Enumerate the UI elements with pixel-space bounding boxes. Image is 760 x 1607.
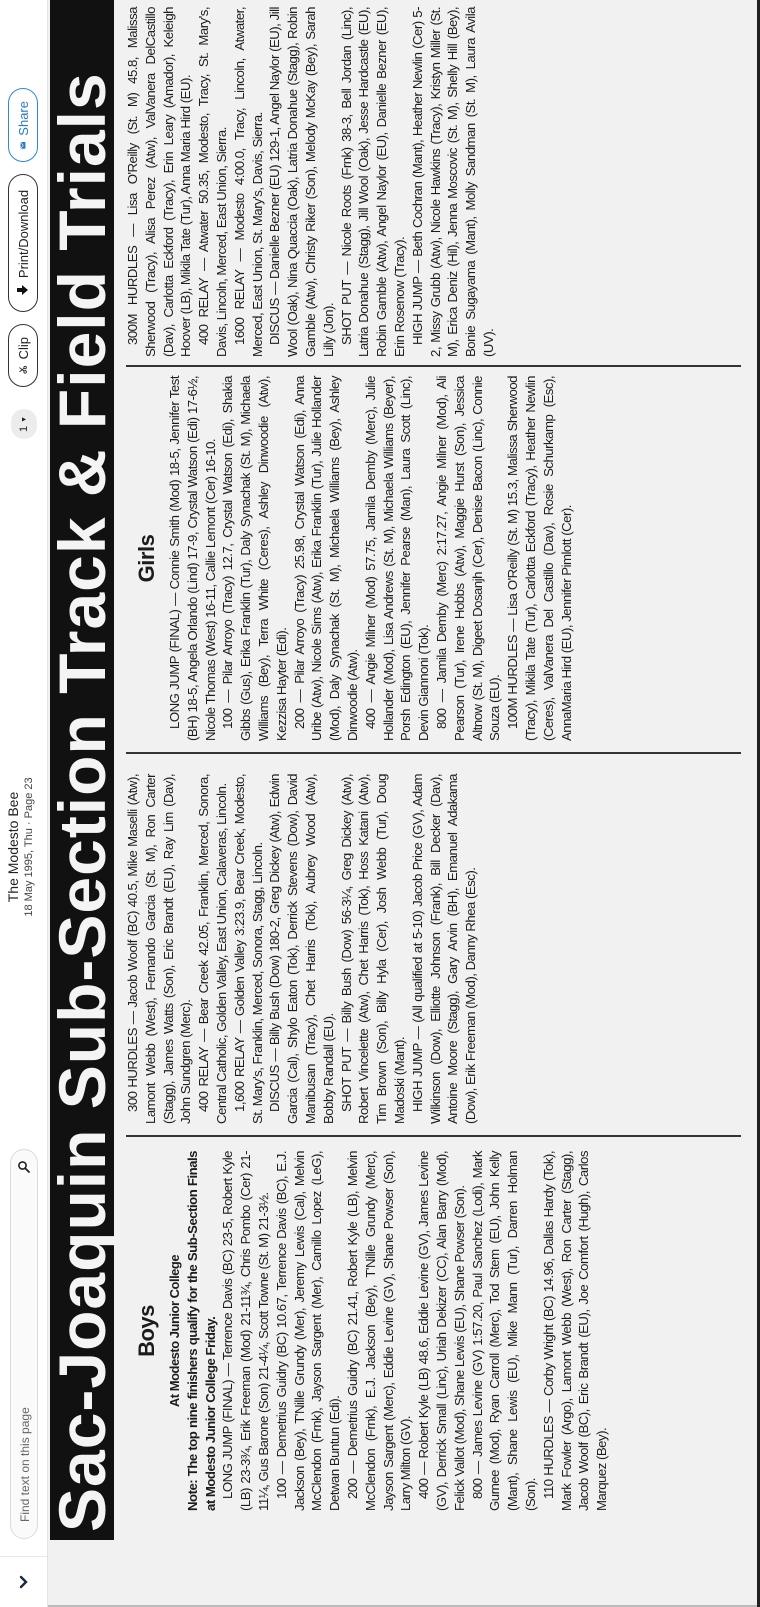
search-icon[interactable] xyxy=(17,1160,31,1174)
event-entry: 400 — Angie Milner (Mod) 57.75, Jamila D… xyxy=(362,376,433,741)
boys-column-1: Boys At Modesto Junior College Note: The… xyxy=(124,1151,611,1511)
event-entry: 200 — Demetrius Guidry (BC) 21.41, Rober… xyxy=(344,1151,415,1511)
event-entry: 110 HURDLES — Corby Wright (BC) 14.96, D… xyxy=(540,1151,611,1511)
chevron-down-icon xyxy=(16,1574,32,1590)
page-selector[interactable]: 1 ▼ xyxy=(11,409,37,439)
rotated-viewer: The Modesto Bee 18 May 1995, Thu · Page … xyxy=(0,0,760,1607)
headline: Sac-Joaquin Sub-Section Track & Field Tr… xyxy=(50,0,114,1540)
event-entry: 100M HURDLES — Lisa O'Reilly (St. M) 15.… xyxy=(504,376,575,741)
share-button[interactable]: Share xyxy=(8,88,38,162)
event-entry: 800 — Jamila Demby (Merc) 2:17.27, Angie… xyxy=(433,376,504,741)
event-entry: 300 HURDLES — Jacob Woolf (BC) 40.5, Mik… xyxy=(124,774,195,1124)
event-entry: 1600 RELAY — Modesto 4:00.0, Tracy, Linc… xyxy=(231,7,267,357)
event-entry: 1,600 RELAY — Golden Valley 3:23.9, Bear… xyxy=(231,774,267,1124)
search-field[interactable] xyxy=(10,1149,38,1539)
girls-column-2: 300M HURDLES — Lisa O'Reilly (St. M) 45.… xyxy=(124,7,498,357)
collapse-button[interactable] xyxy=(0,1556,47,1607)
girls-heading: Girls xyxy=(132,376,162,741)
scissors-icon xyxy=(17,365,29,374)
column-divider xyxy=(126,1135,741,1137)
event-entry: LONG JUMP (FINAL) — Terrence Davis (BC) … xyxy=(219,1151,272,1511)
newspaper-clipping: Sac-Joaquin Sub-Section Track & Field Tr… xyxy=(48,0,760,1607)
event-entry: HIGH JUMP — (All qualified at 5-10) Jaco… xyxy=(409,774,480,1124)
boys-heading: Boys xyxy=(132,1151,162,1511)
print-download-button[interactable]: Print/Download xyxy=(8,174,38,312)
boys-column-2: 300 HURDLES — Jacob Woolf (BC) 40.5, Mik… xyxy=(124,774,480,1124)
publication-title: The Modesto Bee xyxy=(4,647,22,1047)
event-entry: 400 — Robert Kyle (LB) 48.6, Eddie Levin… xyxy=(415,1151,468,1511)
column-divider xyxy=(126,365,741,367)
print-download-label: Print/Download xyxy=(16,190,31,278)
clip-button[interactable]: Clip xyxy=(8,324,38,387)
event-entry: 400 RELAY — Bear Creek 42.05, Franklin, … xyxy=(195,774,231,1124)
caret-down-icon: ▼ xyxy=(21,416,28,423)
event-entry: 100 — Pilar Arroyo (Tracy) 12.7, Crystal… xyxy=(219,376,290,741)
publication-info: The Modesto Bee 18 May 1995, Thu · Page … xyxy=(4,647,37,1047)
search-input[interactable] xyxy=(11,1180,39,1524)
clip-label: Clip xyxy=(16,337,31,359)
event-entry: 400 RELAY — Atwater 50.35, Modesto, Trac… xyxy=(195,7,231,357)
download-arrow-icon xyxy=(17,284,29,296)
event-entry: LONG JUMP (FINAL) — Connie Smith (Mod) 1… xyxy=(166,376,219,741)
column-divider xyxy=(126,752,741,754)
event-entry: 800 — James Levine (GV) 1:57.20, Paul Sa… xyxy=(469,1151,540,1511)
boys-location: At Modesto Junior College xyxy=(166,1151,184,1511)
publication-date-page: 18 May 1995, Thu · Page 23 xyxy=(22,647,37,1047)
event-entry: SHOT PUT — Nicole Roots (Frnk) 38-3, Bel… xyxy=(338,7,409,357)
page-number: 1 xyxy=(18,426,30,432)
event-entry: DISCUS — Billy Bush (Dow) 180-2, Greg Di… xyxy=(266,774,337,1124)
event-entry: 100 — Demetrius Guidry (BC) 10.67, Terre… xyxy=(273,1151,344,1511)
toolbar: The Modesto Bee 18 May 1995, Thu · Page … xyxy=(0,0,48,1607)
envelope-icon xyxy=(17,142,29,149)
girls-column-1: Girls LONG JUMP (FINAL) — Connie Smith (… xyxy=(124,376,575,741)
event-entry: 300M HURDLES — Lisa O'Reilly (St. M) 45.… xyxy=(124,7,195,357)
share-label: Share xyxy=(16,101,31,136)
boys-note: Note: The top nine finishers qualify for… xyxy=(184,1151,220,1511)
event-entry: 200 — Pilar Arroyo (Tracy) 25.98, Crysta… xyxy=(291,376,362,741)
event-entry: SHOT PUT — Billy Bush (Dow) 56-3¼, Greg … xyxy=(338,774,409,1124)
event-entry: DISCUS — Danielle Bezner (EU) 129-1, Ang… xyxy=(266,7,337,357)
event-entry: HIGH JUMP — Beth Cochran (Mant), Heather… xyxy=(409,7,498,357)
